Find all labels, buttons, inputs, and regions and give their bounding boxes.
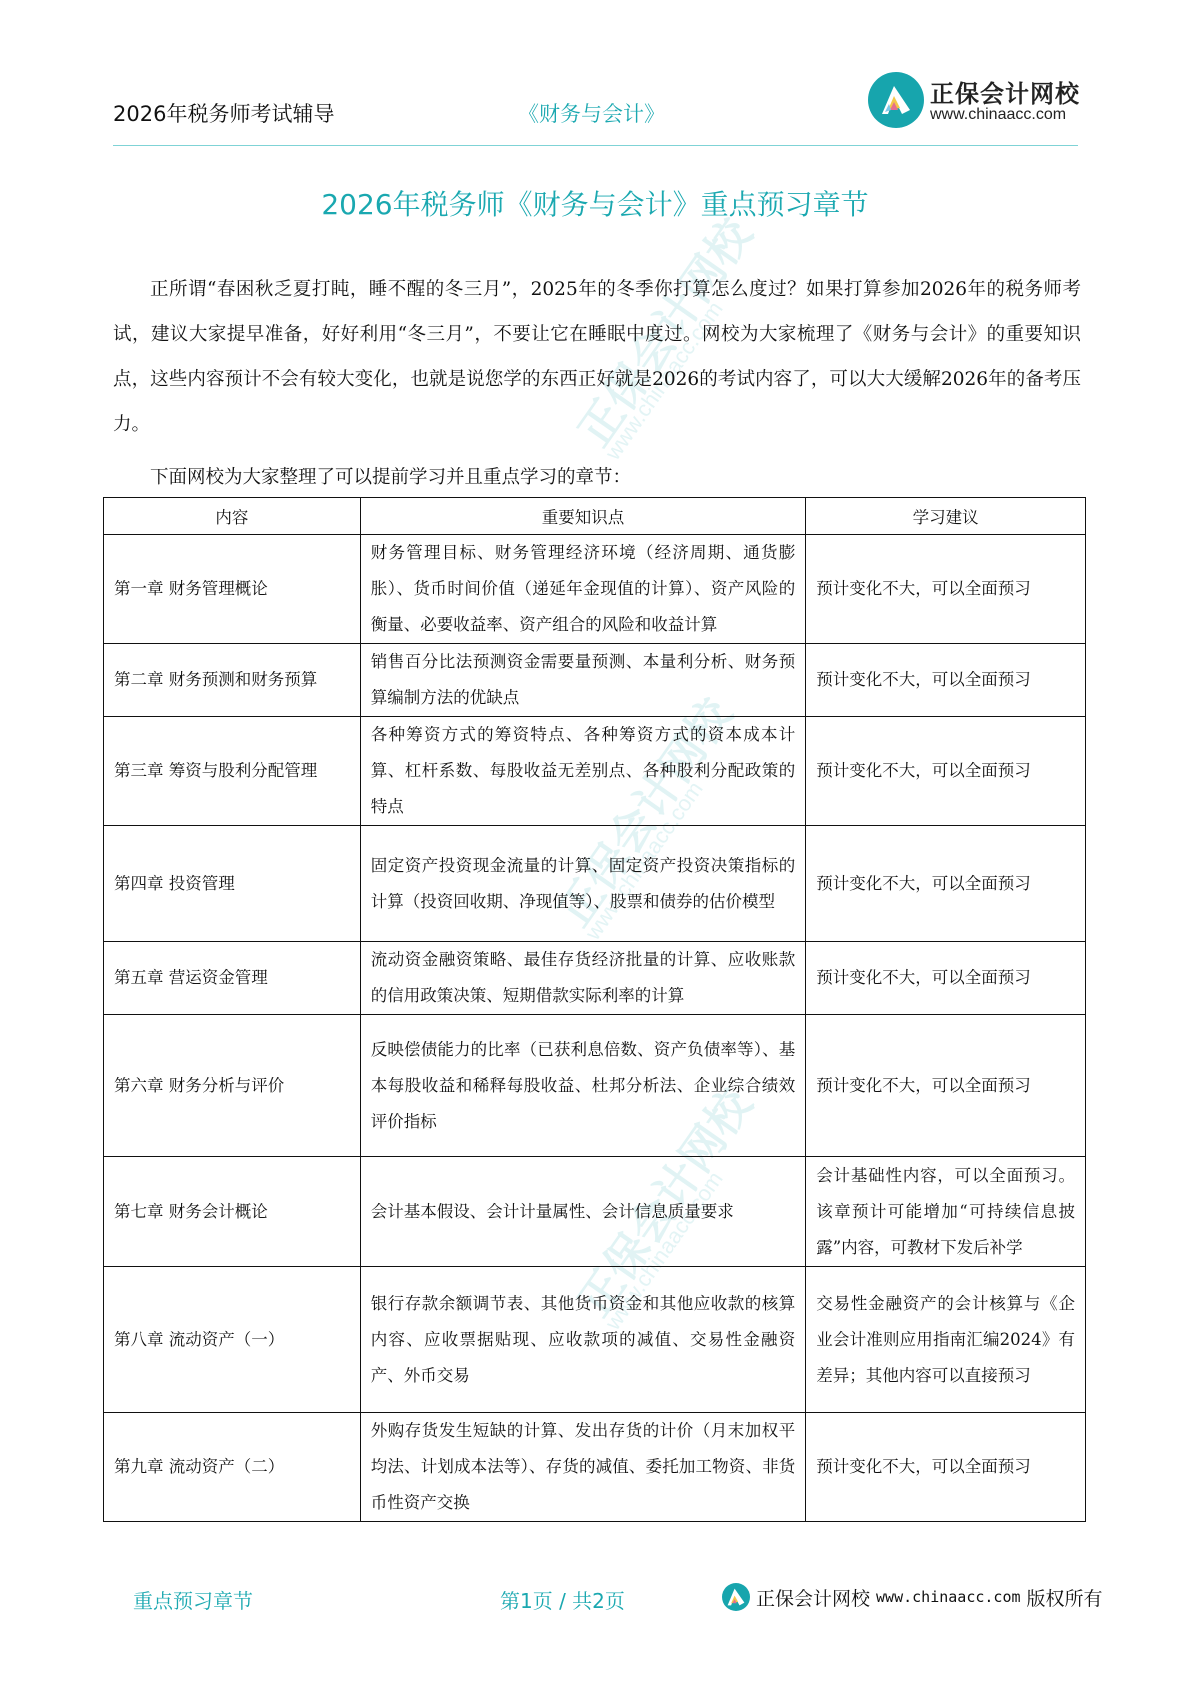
advice-cell: 交易性金融资产的会计核算与《企业会计准则应用指南汇编2024》有差异；其他内容可… xyxy=(806,1267,1086,1413)
chapters-table: 内容 重要知识点 学习建议 第一章 财务管理概论 财务管理目标、财务管理经济环境… xyxy=(103,497,1086,1522)
key-points-cell: 固定资产投资现金流量的计算、固定资产投资决策指标的计算（投资回收期、净现值等）、… xyxy=(360,826,806,942)
advice-cell: 会计基础性内容，可以全面预习。该章预计可能增加“可持续信息披露”内容，可教材下发… xyxy=(806,1157,1086,1267)
key-points-cell: 流动资金融资策略、最佳存货经济批量的计算、应收账款的信用政策决策、短期借款实际利… xyxy=(360,942,806,1015)
advice-cell: 预计变化不大，可以全面预习 xyxy=(806,1015,1086,1157)
brand-logo[interactable]: 正保会计网校 www.chinaacc.com xyxy=(868,70,1083,134)
table-row: 第四章 投资管理 固定资产投资现金流量的计算、固定资产投资决策指标的计算（投资回… xyxy=(104,826,1086,942)
table-row: 第七章 财务会计概论 会计基本假设、会计计量属性、会计信息质量要求 会计基础性内… xyxy=(104,1157,1086,1267)
key-points-cell: 各种筹资方式的筹资特点、各种筹资方式的资本成本计算、杠杆系数、每股收益无差别点、… xyxy=(360,717,806,826)
advice-cell: 预计变化不大，可以全面预习 xyxy=(806,644,1086,717)
logo-icon xyxy=(722,1583,750,1611)
chapter-cell: 第五章 营运资金管理 xyxy=(104,942,361,1015)
chapter-cell: 第二章 财务预测和财务预算 xyxy=(104,644,361,717)
footer-url[interactable]: www.chinaacc.com xyxy=(876,1588,1021,1606)
footer-rights: 版权所有 xyxy=(1027,1584,1103,1611)
advice-cell: 预计变化不大，可以全面预习 xyxy=(806,1413,1086,1522)
table-row: 第八章 流动资产（一） 银行存款余额调节表、其他货币资金和其他应收款的核算内容、… xyxy=(104,1267,1086,1413)
chapter-cell: 第四章 投资管理 xyxy=(104,826,361,942)
footer-section-title: 重点预习章节 xyxy=(133,1585,253,1614)
key-points-cell: 外购存货发生短缺的计算、发出存货的计价（月末加权平均法、计划成本法等）、存货的减… xyxy=(360,1413,806,1522)
chapter-cell: 第八章 流动资产（一） xyxy=(104,1267,361,1413)
page-header: 2026年税务师考试辅导 《财务与会计》 正保会计网校 www.chinaacc… xyxy=(113,60,1078,145)
header-divider xyxy=(113,145,1078,146)
key-points-cell: 反映偿债能力的比率（已获利息倍数、资产负债率等）、基本每股收益和稀释每股收益、杜… xyxy=(360,1015,806,1157)
advice-cell: 预计变化不大，可以全面预习 xyxy=(806,942,1086,1015)
table-row: 第一章 财务管理概论 财务管理目标、财务管理经济环境（经济周期、通货膨胀）、货币… xyxy=(104,535,1086,644)
table-row: 第五章 营运资金管理 流动资金融资策略、最佳存货经济批量的计算、应收账款的信用政… xyxy=(104,942,1086,1015)
table-row: 第九章 流动资产（二） 外购存货发生短缺的计算、发出存货的计价（月末加权平均法、… xyxy=(104,1413,1086,1522)
key-points-cell: 银行存款余额调节表、其他货币资金和其他应收款的核算内容、应收票据贴现、应收款项的… xyxy=(360,1267,806,1413)
column-header-key-points: 重要知识点 xyxy=(360,498,806,535)
advice-cell: 预计变化不大，可以全面预习 xyxy=(806,826,1086,942)
intro-paragraph: 正所谓“春困秋乏夏打盹，睡不醒的冬三月”，2025年的冬季你打算怎么度过？如果打… xyxy=(113,267,1081,447)
footer-brand[interactable]: 正保会计网校 www.chinaacc.com 版权所有 xyxy=(722,1582,1103,1612)
chapter-cell: 第一章 财务管理概论 xyxy=(104,535,361,644)
chapter-cell: 第三章 筹资与股利分配管理 xyxy=(104,717,361,826)
chapter-cell: 第九章 流动资产（二） xyxy=(104,1413,361,1522)
logo-icon xyxy=(868,72,924,128)
key-points-cell: 销售百分比法预测资金需要量预测、本量利分析、财务预算编制方法的优缺点 xyxy=(360,644,806,717)
advice-cell: 预计变化不大，可以全面预习 xyxy=(806,717,1086,826)
header-subject: 《财务与会计》 xyxy=(518,98,665,128)
footer-brand-name: 正保会计网校 xyxy=(756,1584,870,1611)
key-points-cell: 会计基本假设、会计计量属性、会计信息质量要求 xyxy=(360,1157,806,1267)
table-header-row: 内容 重要知识点 学习建议 xyxy=(104,498,1086,535)
table-row: 第六章 财务分析与评价 反映偿债能力的比率（已获利息倍数、资产负债率等）、基本每… xyxy=(104,1015,1086,1157)
page-title: 2026年税务师《财务与会计》重点预习章节 xyxy=(0,183,1190,223)
header-exam-title: 2026年税务师考试辅导 xyxy=(113,98,334,128)
logo-url: www.chinaacc.com xyxy=(930,106,1066,124)
chapter-cell: 第六章 财务分析与评价 xyxy=(104,1015,361,1157)
table-row: 第三章 筹资与股利分配管理 各种筹资方式的筹资特点、各种筹资方式的资本成本计算、… xyxy=(104,717,1086,826)
advice-cell: 预计变化不大，可以全面预习 xyxy=(806,535,1086,644)
logo-name: 正保会计网校 xyxy=(930,74,1080,109)
chapter-cell: 第七章 财务会计概论 xyxy=(104,1157,361,1267)
key-points-cell: 财务管理目标、财务管理经济环境（经济周期、通货膨胀）、货币时间价值（递延年金现值… xyxy=(360,535,806,644)
page-number: 第1页 / 共2页 xyxy=(500,1585,625,1614)
table-row: 第二章 财务预测和财务预算 销售百分比法预测资金需要量预测、本量利分析、财务预算… xyxy=(104,644,1086,717)
column-header-content: 内容 xyxy=(104,498,361,535)
column-header-advice: 学习建议 xyxy=(806,498,1086,535)
lead-paragraph: 下面网校为大家整理了可以提前学习并且重点学习的章节： xyxy=(113,455,1081,500)
